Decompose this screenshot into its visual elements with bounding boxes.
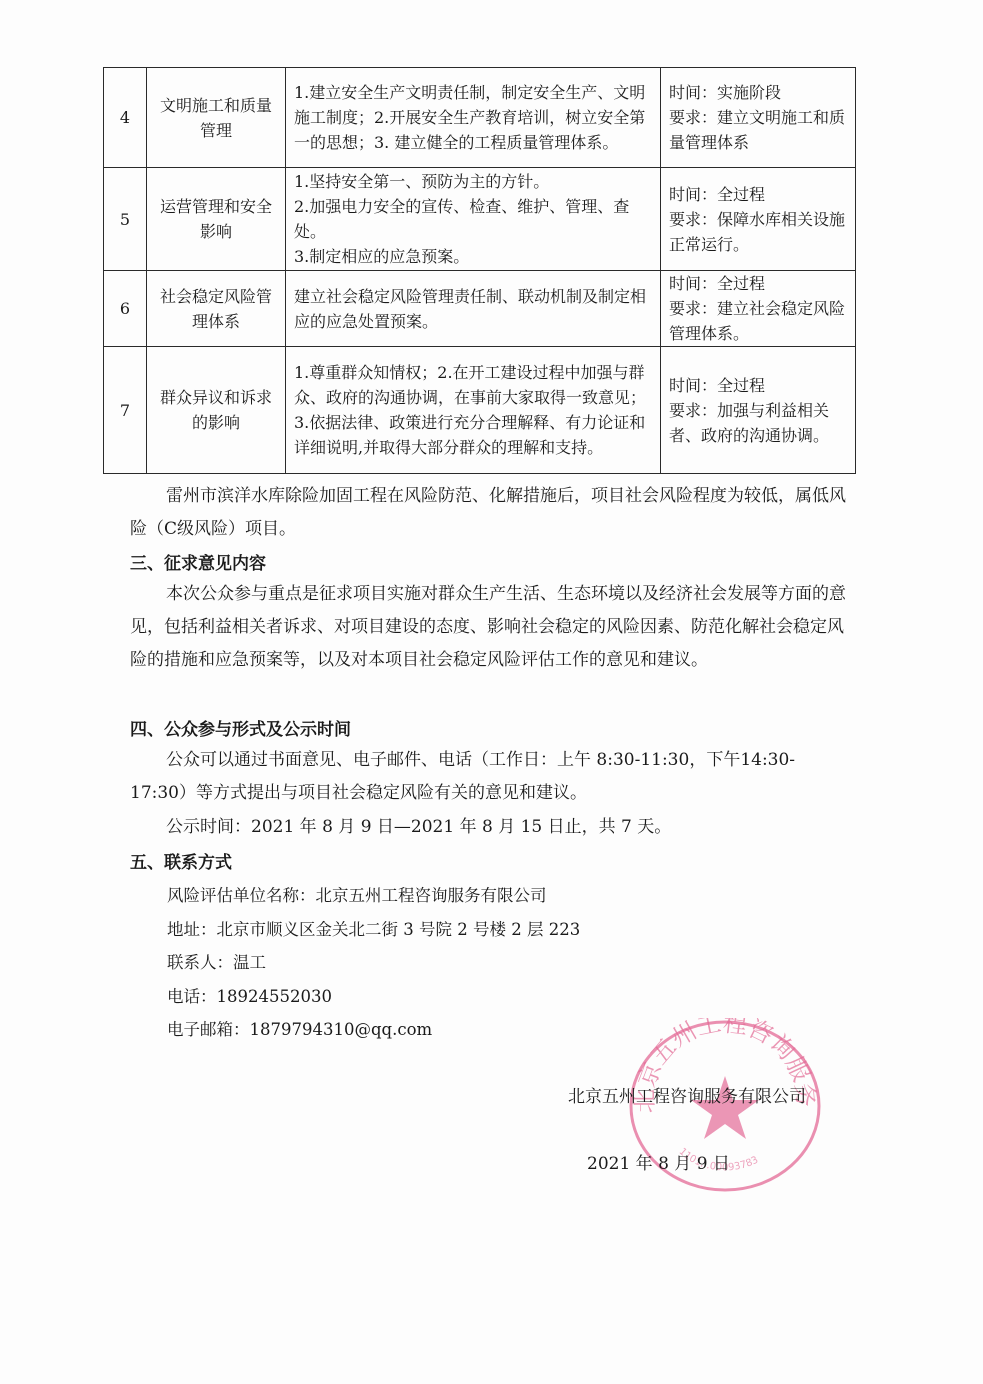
section-3-body: 本次公众参与重点是征求项目实施对群众生产生活、生态环境以及经济社会发展等方面的意… xyxy=(130,578,850,677)
table-row: 5 运营管理和安全影响 1.坚持安全第一、预防为主的方针。 2.加强电力安全的宣… xyxy=(104,168,856,271)
time-requirement: 时间：实施阶段 要求：建立文明施工和质量管理体系 xyxy=(661,68,856,168)
risk-measure: 建立社会稳定风险管理责任制、联动机制及制定相应的应急处置预案。 xyxy=(286,271,661,347)
measure-line: 2.加强电力安全的宣传、检查、维护、管理、查处。 xyxy=(294,194,652,244)
risk-measure: 1.坚持安全第一、预防为主的方针。 2.加强电力安全的宣传、检查、维护、管理、查… xyxy=(286,168,661,271)
risk-item: 文明施工和质量管理 xyxy=(147,68,286,168)
section-3-heading: 三、征求意见内容 xyxy=(130,549,266,574)
table-row: 7 群众异议和诉求的影响 1.尊重群众知情权；2.在开工建设过程中加强与群众、政… xyxy=(104,347,856,474)
risk-measure: 1.尊重群众知情权；2.在开工建设过程中加强与群众、政府的沟通协调，在事前大家取… xyxy=(286,347,661,474)
document-page: 4 文明施工和质量管理 1.建立安全生产文明责任制，制定安全生产、文明施工制度；… xyxy=(0,0,983,1384)
signature-date: 2021 年 8 月 9 日 xyxy=(587,1149,730,1174)
email-address: 电子邮箱：1879794310@qq.com xyxy=(167,1016,432,1040)
requirement-text: 要求：建立文明施工和质量管理体系 xyxy=(669,105,847,155)
time-text: 时间：全过程 xyxy=(669,182,847,207)
signature-company: 北京五州工程咨询服务有限公司 xyxy=(568,1082,806,1107)
time-text: 时间：全过程 xyxy=(669,373,847,398)
time-requirement: 时间：全过程 要求：保障水库相关设施正常运行。 xyxy=(661,168,856,271)
phone-number: 电话：18924552030 xyxy=(167,983,332,1007)
requirement-text: 要求：加强与利益相关者、政府的沟通协调。 xyxy=(669,398,847,448)
time-requirement: 时间：全过程 要求：建立社会稳定风险管理体系。 xyxy=(661,271,856,347)
time-requirement: 时间：全过程 要求：加强与利益相关者、政府的沟通协调。 xyxy=(661,347,856,474)
risk-item: 运营管理和安全影响 xyxy=(147,168,286,271)
row-number: 5 xyxy=(104,168,147,271)
assessment-unit: 风险评估单位名称：北京五州工程咨询服务有限公司 xyxy=(167,882,547,906)
risk-measure: 1.建立安全生产文明责任制，制定安全生产、文明施工制度；2.开展安全生产教育培训… xyxy=(286,68,661,168)
row-number: 4 xyxy=(104,68,147,168)
risk-conclusion-paragraph: 雷州市滨洋水库除险加固工程在风险防范、化解措施后，项目社会风险程度为较低，属低风… xyxy=(130,480,850,546)
row-number: 7 xyxy=(104,347,147,474)
requirement-text: 要求：保障水库相关设施正常运行。 xyxy=(669,207,847,257)
publicity-period: 公示时间：2021 年 8 月 9 日—2021 年 8 月 15 日止，共 7… xyxy=(130,811,850,844)
time-text: 时间：实施阶段 xyxy=(669,80,847,105)
table-row: 6 社会稳定风险管理体系 建立社会稳定风险管理责任制、联动机制及制定相应的应急处… xyxy=(104,271,856,347)
risk-item: 社会稳定风险管理体系 xyxy=(147,271,286,347)
section-4-heading: 四、公众参与形式及公示时间 xyxy=(130,715,351,740)
risk-measures-table: 4 文明施工和质量管理 1.建立安全生产文明责任制，制定安全生产、文明施工制度；… xyxy=(103,67,856,474)
section-4-body: 公众可以通过书面意见、电子邮件、电话（工作日：上午 8:30-11:30，下午1… xyxy=(130,744,850,810)
measure-line: 1.坚持安全第一、预防为主的方针。 xyxy=(294,169,652,194)
section-5-heading: 五、联系方式 xyxy=(130,848,232,873)
measure-line: 3.制定相应的应急预案。 xyxy=(294,244,652,269)
address: 地址：北京市顺义区金关北二街 3 号院 2 号楼 2 层 223 xyxy=(167,916,580,940)
row-number: 6 xyxy=(104,271,147,347)
contact-person: 联系人：温工 xyxy=(167,949,266,973)
table-row: 4 文明施工和质量管理 1.建立安全生产文明责任制，制定安全生产、文明施工制度；… xyxy=(104,68,856,168)
time-text: 时间：全过程 xyxy=(669,271,847,296)
risk-item: 群众异议和诉求的影响 xyxy=(147,347,286,474)
requirement-text: 要求：建立社会稳定风险管理体系。 xyxy=(669,296,847,346)
